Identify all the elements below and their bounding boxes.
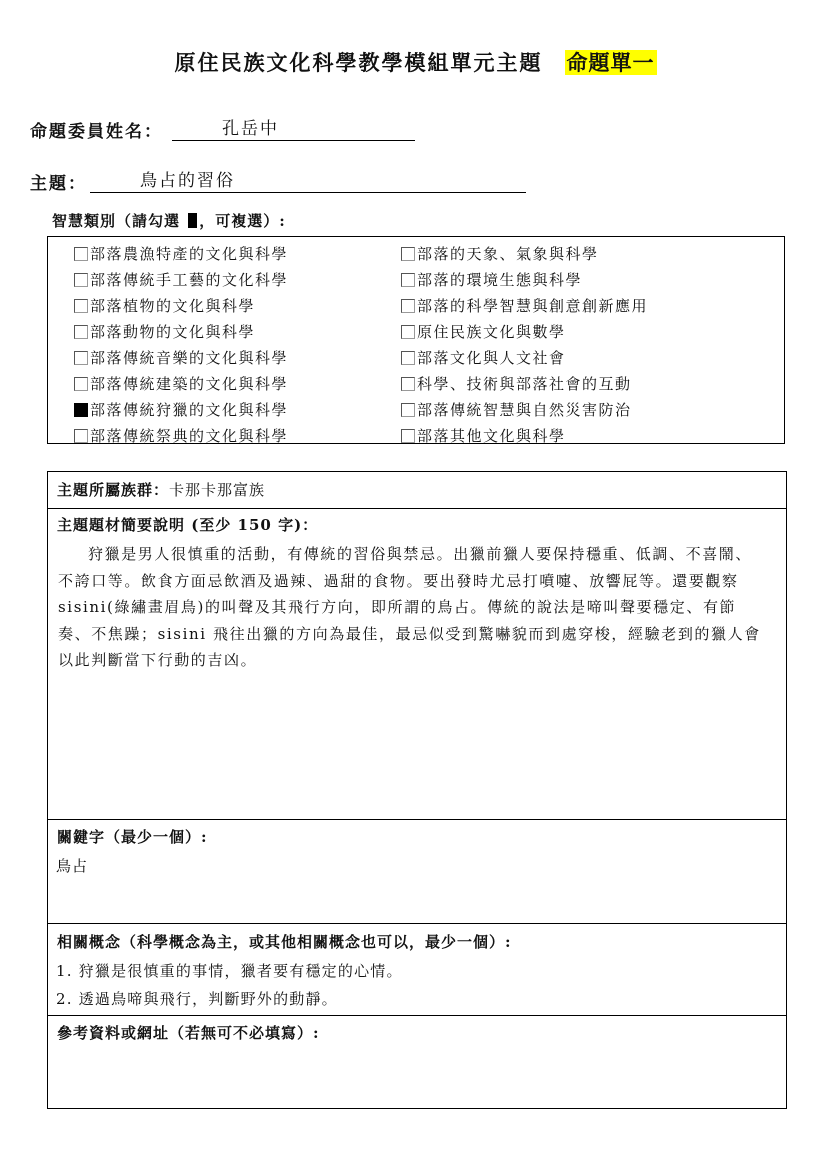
author-value: 孔岳中: [222, 119, 279, 139]
keywords-label: 關鍵字（最少一個）:: [57, 826, 208, 848]
author-field[interactable]: 孔岳中: [172, 118, 415, 141]
category-option[interactable]: 部落農漁特產的文化與科學: [74, 241, 288, 267]
category-option-label: 部落傳統祭典的文化與科學: [90, 423, 288, 449]
checkbox-icon[interactable]: [74, 325, 88, 339]
checkbox-icon[interactable]: [74, 351, 88, 365]
topic-info-table: 主題所屬族群：卡那卡那富族 主題題材簡要說明 (至少 150 字)： 狩獵是男人…: [47, 471, 787, 1109]
category-column-left: 部落農漁特產的文化與科學 部落傳統手工藝的文化科學 部落植物的文化與科學 部落動…: [74, 241, 288, 449]
document-title: 原住民族文化科學教學模組單元主題命題單一: [0, 48, 831, 78]
category-option-label: 部落傳統智慧與自然災害防治: [417, 397, 632, 423]
category-option[interactable]: 部落動物的文化與科學: [74, 319, 288, 345]
summary-label: 主題題材簡要說明 (至少 150 字)：: [57, 514, 318, 536]
category-option[interactable]: 部落傳統祭典的文化與科學: [74, 423, 288, 449]
keywords-row: 關鍵字（最少一個）: 鳥占: [48, 820, 786, 924]
category-option-label: 部落的天象、氣象與科學: [417, 241, 599, 267]
category-option[interactable]: 科學、技術與部落社會的互動: [401, 371, 648, 397]
category-option[interactable]: 部落傳統音樂的文化與科學: [74, 345, 288, 371]
category-option[interactable]: 部落傳統建築的文化與科學: [74, 371, 288, 397]
keywords-value[interactable]: 鳥占: [56, 855, 88, 876]
category-option[interactable]: 部落植物的文化與科學: [74, 293, 288, 319]
tribe-row: 主題所屬族群：卡那卡那富族: [48, 472, 786, 509]
checkbox-icon[interactable]: [401, 325, 415, 339]
category-option-label: 部落傳統建築的文化與科學: [90, 371, 288, 397]
category-option-checked[interactable]: 部落傳統狩獵的文化與科學: [74, 397, 288, 423]
category-option[interactable]: 部落文化與人文社會: [401, 345, 648, 371]
checkbox-icon[interactable]: [401, 351, 415, 365]
concepts-list[interactable]: 1. 狩獵是很慎重的事情，獵者要有穩定的心情。 2. 透過鳥啼與飛行，判斷野外的…: [48, 957, 403, 1013]
category-option-label: 部落文化與人文社會: [417, 345, 566, 371]
concept-item: 1. 狩獵是很慎重的事情，獵者要有穩定的心情。: [56, 957, 403, 985]
category-option[interactable]: 部落其他文化與科學: [401, 423, 648, 449]
category-option-label: 部落其他文化與科學: [417, 423, 566, 449]
tribe-value[interactable]: 卡那卡那富族: [169, 481, 265, 499]
title-main: 原住民族文化科學教學模組單元主題: [175, 50, 543, 75]
category-option[interactable]: 部落傳統智慧與自然災害防治: [401, 397, 648, 423]
category-instructions: 智慧類別（請勾選 ，可複選）:: [52, 210, 286, 232]
category-option-label: 原住民族文化與數學: [417, 319, 566, 345]
category-option-label: 部落傳統手工藝的文化科學: [90, 267, 288, 293]
title-tag-highlight: 命題單一: [565, 50, 657, 75]
concepts-label: 相關概念（科學概念為主，或其他相關概念也可以，最少一個）:: [57, 931, 512, 953]
references-field[interactable]: [56, 1050, 778, 1100]
checkbox-icon[interactable]: [401, 273, 415, 287]
subject-value: 鳥占的習俗: [140, 171, 235, 191]
checkbox-icon[interactable]: [401, 299, 415, 313]
subject-label: 主題：: [30, 172, 87, 196]
checkbox-icon[interactable]: [74, 429, 88, 443]
checkbox-checked-icon[interactable]: [74, 403, 88, 417]
references-label: 參考資料或網址（若無可不必填寫）:: [57, 1022, 320, 1044]
checkbox-icon[interactable]: [74, 377, 88, 391]
concepts-row: 相關概念（科學概念為主，或其他相關概念也可以，最少一個）: 1. 狩獵是很慎重的…: [48, 924, 786, 1016]
references-row: 參考資料或網址（若無可不必填寫）:: [48, 1016, 786, 1108]
tribe-label: 主題所屬族群：: [57, 481, 169, 499]
category-option-label: 部落動物的文化與科學: [90, 319, 255, 345]
checkbox-icon[interactable]: [401, 403, 415, 417]
checkbox-icon[interactable]: [401, 429, 415, 443]
category-option-label: 部落的環境生態與科學: [417, 267, 582, 293]
category-option-label: 部落傳統狩獵的文化與科學: [90, 397, 288, 423]
concept-item: 2. 透過鳥啼與飛行，判斷野外的動靜。: [56, 985, 403, 1013]
checkbox-icon[interactable]: [401, 247, 415, 261]
checkbox-icon[interactable]: [401, 377, 415, 391]
filled-box-icon: [188, 213, 197, 228]
checkbox-icon[interactable]: [74, 247, 88, 261]
summary-text[interactable]: 狩獵是男人很慎重的活動，有傳統的習俗與禁忌。出獵前獵人要保持穩重、低調、不喜鬧、…: [58, 541, 768, 674]
category-label-suffix: ，可複選）:: [199, 212, 286, 230]
category-option[interactable]: 部落的天象、氣象與科學: [401, 241, 648, 267]
category-option-label: 部落的科學智慧與創意創新應用: [417, 293, 648, 319]
category-option-label: 部落傳統音樂的文化與科學: [90, 345, 288, 371]
category-column-right: 部落的天象、氣象與科學 部落的環境生態與科學 部落的科學智慧與創意創新應用 原住…: [401, 241, 648, 449]
category-option[interactable]: 部落的環境生態與科學: [401, 267, 648, 293]
category-option[interactable]: 部落傳統手工藝的文化科學: [74, 267, 288, 293]
category-option[interactable]: 原住民族文化與數學: [401, 319, 648, 345]
category-option[interactable]: 部落的科學智慧與創意創新應用: [401, 293, 648, 319]
checkbox-icon[interactable]: [74, 299, 88, 313]
category-checklist: 部落農漁特產的文化與科學 部落傳統手工藝的文化科學 部落植物的文化與科學 部落動…: [47, 236, 785, 444]
subject-field[interactable]: 鳥占的習俗: [90, 170, 526, 193]
category-option-label: 部落植物的文化與科學: [90, 293, 255, 319]
summary-row: 主題題材簡要說明 (至少 150 字)： 狩獵是男人很慎重的活動，有傳統的習俗與…: [48, 509, 786, 820]
category-option-label: 科學、技術與部落社會的互動: [417, 371, 632, 397]
category-label-prefix: 智慧類別（請勾選: [52, 212, 180, 230]
category-option-label: 部落農漁特產的文化與科學: [90, 241, 288, 267]
author-label: 命題委員姓名：: [30, 120, 163, 144]
checkbox-icon[interactable]: [74, 273, 88, 287]
